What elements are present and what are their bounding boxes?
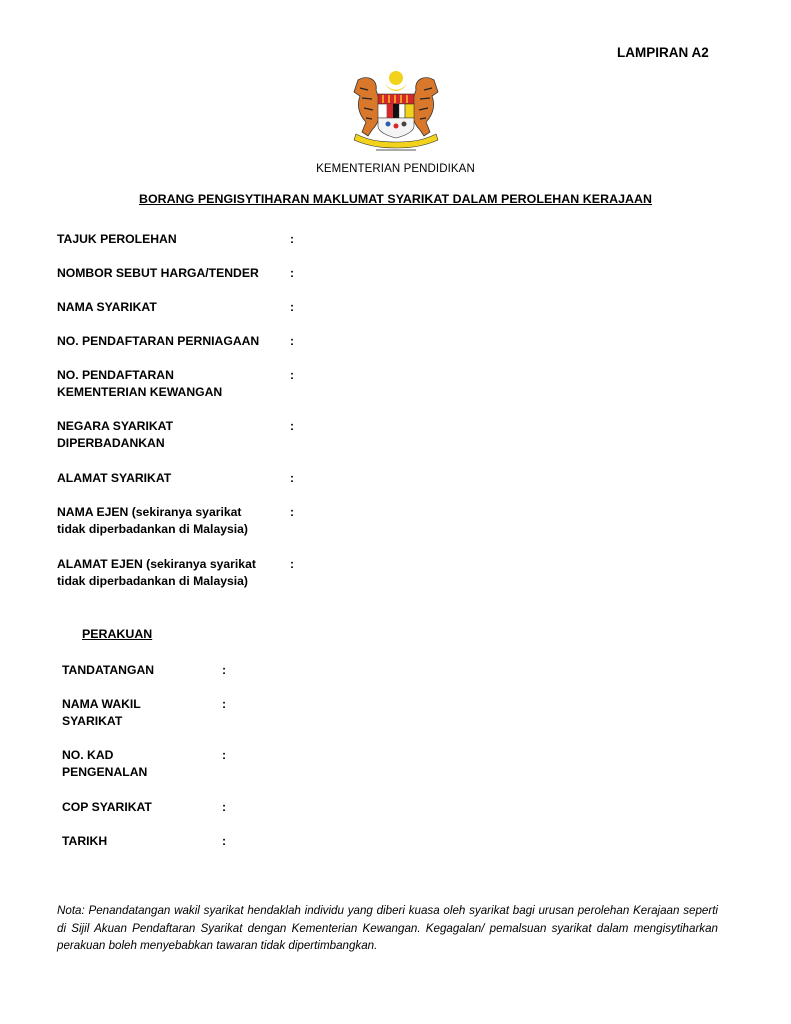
note-text: Nota: Penandatangan wakil syarikat henda… (57, 902, 718, 955)
field-nombor-sebut-harga: NOMBOR SEBUT HARGA/TENDER : (57, 265, 282, 282)
field-separator: : (222, 747, 226, 764)
field-tajuk-perolehan: TAJUK PEROLEHAN : (57, 231, 282, 248)
field-alamat-syarikat: ALAMAT SYARIKAT : (57, 470, 282, 487)
field-label: TANDATANGAN (62, 662, 202, 679)
field-separator: : (290, 504, 294, 521)
ministry-name: KEMENTERIAN PENDIDIKAN (0, 163, 791, 175)
field-nama-wakil: NAMA WAKIL SYARIKAT : (62, 696, 162, 730)
field-separator: : (222, 833, 226, 850)
malaysia-coat-of-arms-icon (338, 66, 454, 154)
field-no-pendaftaran-kkm: NO. PENDAFTARAN KEMENTERIAN KEWANGAN : (57, 367, 247, 401)
field-separator: : (290, 367, 294, 384)
field-separator: : (222, 696, 226, 713)
annex-label: LAMPIRAN A2 (617, 45, 709, 60)
field-separator: : (290, 265, 294, 282)
field-label: NAMA EJEN (57, 505, 128, 519)
field-separator: : (290, 556, 294, 573)
field-label: NO. KAD PENGENALAN (62, 747, 157, 781)
field-separator: : (290, 470, 294, 487)
field-alamat-ejen: ALAMAT EJEN (sekiranya syarikat tidak di… (57, 556, 283, 590)
field-label: NOMBOR SEBUT HARGA/TENDER (57, 265, 282, 282)
field-separator: : (290, 299, 294, 316)
form-title: BORANG PENGISYTIHARAN MAKLUMAT SYARIKAT … (0, 192, 791, 206)
field-label: NO. PENDAFTARAN KEMENTERIAN KEWANGAN (57, 367, 247, 401)
field-no-pendaftaran-perniagaan: NO. PENDAFTARAN PERNIAGAAN : (57, 333, 297, 350)
field-separator: : (222, 662, 226, 679)
field-label: TARIKH (62, 833, 202, 850)
field-separator: : (222, 799, 226, 816)
field-label: COP SYARIKAT (62, 799, 202, 816)
field-label: TAJUK PEROLEHAN (57, 231, 282, 248)
field-label: NEGARA SYARIKAT DIPERBADANKAN (57, 418, 207, 452)
field-no-kad-pengenalan: NO. KAD PENGENALAN : (62, 747, 157, 781)
field-label: NAMA SYARIKAT (57, 299, 282, 316)
declaration-title: PERAKUAN (82, 627, 152, 641)
field-nama-ejen: NAMA EJEN (sekiranya syarikat tidak dipe… (57, 504, 272, 538)
field-tarikh: TARIKH : (62, 833, 202, 850)
field-nama-syarikat: NAMA SYARIKAT : (57, 299, 282, 316)
field-negara-syarikat: NEGARA SYARIKAT DIPERBADANKAN : (57, 418, 207, 452)
field-tandatangan: TANDATANGAN : (62, 662, 202, 679)
field-cop-syarikat: COP SYARIKAT : (62, 799, 202, 816)
field-label: ALAMAT EJEN (57, 557, 143, 571)
field-separator: : (290, 231, 294, 248)
field-separator: : (290, 418, 294, 435)
field-label: NO. PENDAFTARAN PERNIAGAAN (57, 333, 297, 350)
field-label: ALAMAT SYARIKAT (57, 470, 282, 487)
field-label: NAMA WAKIL SYARIKAT (62, 696, 162, 730)
field-separator: : (290, 333, 294, 350)
